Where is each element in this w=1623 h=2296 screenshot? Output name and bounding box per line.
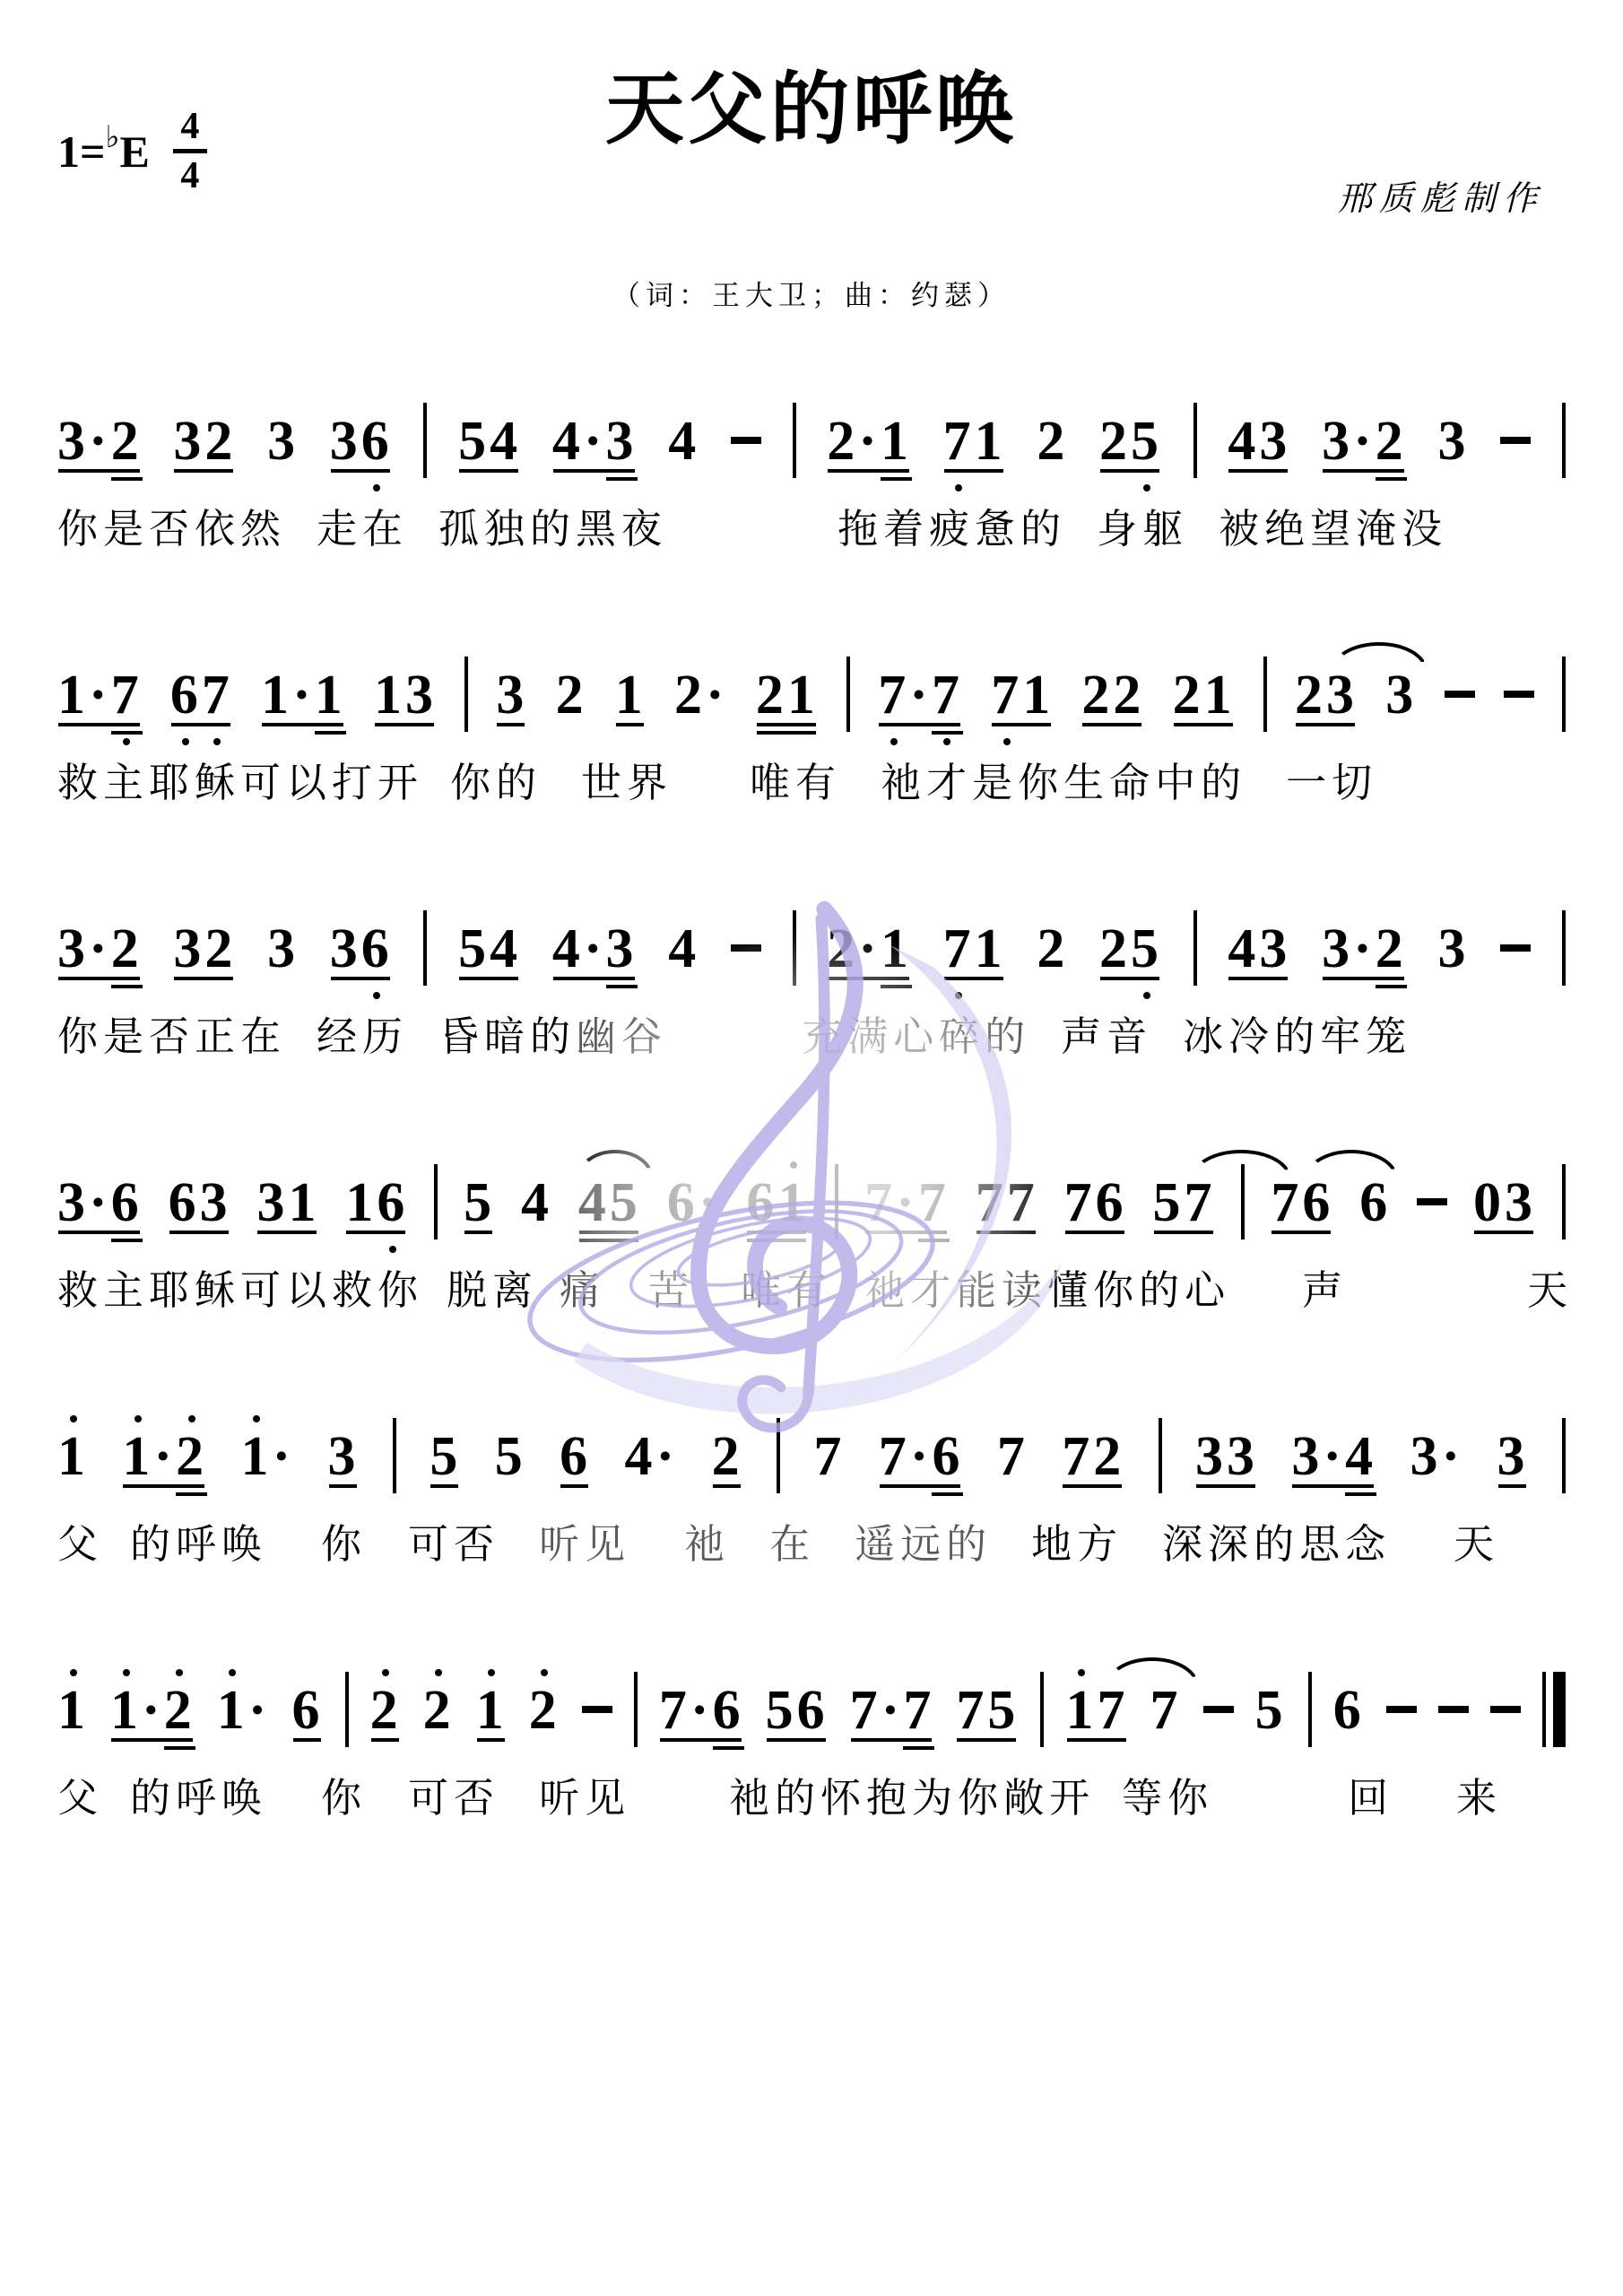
note-digit: 1 [217,1683,248,1738]
header-row: 1=♭E 4 4 邢质彪制作 [0,160,1623,267]
note-group: 7 [1150,1683,1182,1738]
lyric-segment: 父 [57,1765,103,1823]
note-group: 3 [328,1429,360,1484]
octave-dot-low [1003,738,1011,745]
notes-row: 1·7671·1133212·217·7712221233 [57,637,1566,723]
key-letter: E [120,126,150,178]
note-digit: 7 [976,1175,1007,1231]
note-digit: 1 [476,1683,508,1738]
lyric-segment: 的呼唤 [130,1511,267,1570]
lyrics-row: 父的呼唤你可否听见祂的怀抱为你敞开等你回来 [57,1765,1566,1823]
note-group: 3·2 [1322,921,1407,977]
note-digit: 2 [1113,667,1144,723]
octave-dot-high [1078,1669,1085,1676]
note-group: 61 [746,1175,809,1231]
note-group: 4·3 [552,413,638,469]
octave-dot-low [373,484,380,491]
eighth-underline [111,1738,193,1742]
note-digit: 7 [850,1683,881,1738]
note-digit: 1 [777,1175,809,1231]
note-group: 31 [256,1175,319,1231]
barline [1193,403,1197,478]
flat-icon: ♭ [106,119,120,155]
note-digit: 1 [615,667,647,723]
sixteenth-underline [713,1746,744,1750]
lyric-segment: 脱离 [447,1257,538,1316]
lyric-segment: 唯有 [750,750,841,808]
note-digit: 6 [361,413,393,469]
note-digit: 4 [668,413,699,469]
note-group: 03 [1473,1175,1536,1231]
dot-after: · [1353,413,1376,469]
dot-after: · [706,667,728,723]
note-digit: 2 [712,1429,743,1484]
eighth-underline [976,1231,1036,1234]
eighth-underline [464,1231,492,1234]
notes-row: 3·232336544·342·171225433·23 [57,383,1566,469]
note-digit: 2 [1099,921,1131,977]
note-digit: 3 [1410,1429,1441,1484]
dot-after: · [272,1429,294,1484]
note-digit: 6 [361,921,393,977]
note-group: 3 [267,413,299,469]
lyric-segment: 你是否依然 [57,496,286,554]
note-digit: 2 [1173,667,1204,723]
note-digit: 2 [1037,413,1068,469]
note-digit: 3 [1497,1429,1529,1484]
sixteenth-underline [1376,985,1407,988]
barline [1263,657,1267,732]
note-group: 43 [1228,413,1290,469]
note-digit: 1 [975,921,1006,977]
note-group: 6 [1359,1175,1391,1231]
note-group: 7 [997,1429,1028,1484]
eighth-underline [828,977,909,980]
note-group: 43 [1228,921,1290,977]
sixteenth-underline [881,477,912,481]
note-digit: 5 [987,1683,1019,1738]
note-digit: 6 [377,1175,408,1231]
note-digit: 1 [881,921,912,977]
note-digit: 7 [1062,1429,1093,1484]
note-group: 67 [170,667,233,723]
sixteenth-underline [111,731,143,735]
dot-after: · [858,413,881,469]
barline [423,403,427,478]
note-digit: 7 [943,413,975,469]
octave-dot-high [790,1161,797,1169]
note-digit: 5 [1131,921,1162,977]
note-digit: 7 [1064,1175,1096,1231]
lyric-segment: 你是否正在 [57,1004,286,1062]
note-digit: 6 [746,1175,777,1231]
note-digit: 7 [879,1429,910,1484]
note-digit: 7 [878,667,909,723]
note-digit: 2 [827,413,858,469]
sixteenth-underline [881,985,912,988]
note-group: 5 [464,1175,495,1231]
eighth-underline [371,1738,399,1742]
octave-dot-low [373,992,380,999]
lyric-segment: 痛 [560,1257,605,1316]
note-digit: 7 [991,667,1022,723]
eighth-underline [1474,1231,1533,1234]
note-group: 2 [423,1683,455,1738]
note-digit: 2 [1376,921,1407,977]
eighth-underline [257,1231,317,1234]
barline [1562,1164,1566,1239]
duration-dash [1500,437,1531,444]
eighth-underline [1498,1484,1526,1488]
note-digit: 1 [261,667,292,723]
note-digit: 3 [405,667,437,723]
note-group: 1· [240,1429,294,1484]
note-digit: 6 [667,1175,699,1231]
note-digit: 6 [170,667,202,723]
sixteenth-underline [176,1492,207,1496]
note-digit: 7 [918,1175,950,1231]
lyric-segment: 遥远的 [855,1511,992,1570]
barline [1040,1672,1044,1747]
note-group: 1 [57,1429,89,1484]
lyric-segment: 你 [321,1511,367,1570]
barline [423,910,427,986]
octave-dot-high [70,1669,77,1676]
note-digit: 4 [1345,1429,1376,1484]
note-digit: 3 [173,921,204,977]
note-digit: 3 [330,921,361,977]
note-digit: 2 [370,1683,402,1738]
note-digit: 1 [110,1683,142,1738]
music-line-1: 3·232336544·342·171225433·23你是否依然走在孤独的黑夜… [57,383,1566,554]
dot-after: · [142,1683,164,1738]
eighth-underline [560,1484,588,1488]
time-top: 4 [180,108,199,145]
note-group: 72 [1062,1429,1124,1484]
eighth-underline [879,723,960,726]
lyric-segment: 声 [1302,1257,1348,1316]
note-digit: 6 [713,1683,744,1738]
note-digit: 3 [1437,921,1469,977]
note-digit: 3 [200,1175,231,1231]
time-signature: 4 4 [173,108,207,195]
sixteenth-underline [606,477,638,481]
eighth-underline [851,1738,933,1742]
note-digit: 6 [797,1683,829,1738]
eighth-underline [1323,977,1404,980]
lyric-segment: 等你 [1122,1765,1213,1823]
note-digit: 4 [668,921,699,977]
note-digit: 3 [267,413,299,469]
note-group: 32 [173,921,236,977]
note-digit: 2 [111,413,143,469]
dot-after: · [1441,1429,1463,1484]
eighth-underline [828,469,909,473]
note-digit: 5 [430,1429,461,1484]
eighth-underline [459,977,518,980]
octave-dot-high [382,1669,389,1676]
note-digit: 3 [1227,1429,1258,1484]
note-digit: 2 [164,1683,195,1738]
barline [1562,403,1566,478]
barline [835,1164,838,1239]
note-digit: 6 [169,1175,200,1231]
note-digit: 2 [1099,413,1131,469]
note-group: 1·2 [110,1683,195,1738]
note-digit: 3 [1505,1175,1536,1231]
sixteenth-underline [747,1239,806,1242]
dot-after: · [153,1429,176,1484]
note-digit: 2 [1081,667,1113,723]
note-group: 3 [267,921,299,977]
note-group: 32 [173,413,236,469]
note-digit: 3 [1322,413,1353,469]
note-group: 3 [1497,1429,1529,1484]
lyric-segment: 的呼唤 [130,1765,267,1823]
note-digit: 7 [1098,1683,1129,1738]
note-group: 25 [1099,921,1162,977]
lyric-segment: 可否 [408,1765,499,1823]
eighth-underline [1174,723,1233,726]
note-group: 3 [1437,413,1469,469]
note-group: 77 [976,1175,1038,1231]
note-group: 76 [1064,1175,1127,1231]
note-digit: 7 [997,1429,1028,1484]
lyric-segment: 孤独的黑夜 [438,496,667,554]
eighth-underline [293,1738,321,1742]
barline [345,1672,349,1747]
note-group: 7·7 [878,667,963,723]
music-line-5: 11·21·35564·277·6772333·43·3父的呼唤你可否听见祂在遥… [57,1398,1566,1570]
lyrics-row: 救主耶稣可以救你脱离痛苦唯有祂才能读懂你的心声天 [57,1257,1566,1316]
note-group: 54 [458,921,521,977]
eighth-underline [767,1738,826,1742]
lyric-segment: 唯有 [741,1257,832,1316]
duration-dash [731,437,761,444]
note-digit: 3 [1437,413,1469,469]
eighth-underline [660,1738,742,1742]
note-digit: 4 [1228,921,1259,977]
note-digit: 1 [1066,1683,1098,1738]
eighth-underline [579,1231,638,1234]
note-group: 1·7 [57,667,143,723]
octave-dot-low [389,1246,396,1253]
note-group: 7·7 [850,1683,935,1738]
eighth-underline [865,1231,947,1234]
note-digit: 3 [57,921,89,977]
octave-dot-high [176,1669,183,1676]
note-group: 21 [756,667,819,723]
note-group: 7 [813,1429,845,1484]
octave-dot-low [213,738,221,745]
note-digit: 7 [659,1683,690,1738]
note-digit: 2 [204,413,236,469]
note-digit: 6 [1302,1175,1333,1231]
note-digit: 7 [813,1429,845,1484]
note-digit: 7 [864,1175,896,1231]
sixteenth-underline [606,985,638,988]
lyric-segment: 在 [769,1511,815,1570]
note-group: 3·2 [57,413,143,469]
key-prefix: 1= [57,126,106,178]
note-group: 2 [556,667,587,723]
note-digit: 1 [975,413,1006,469]
note-group: 71 [943,413,1006,469]
note-digit: 3 [1385,667,1417,723]
note-digit: 1 [374,667,405,723]
lyric-segment: 祂才能读 [864,1257,1047,1316]
eighth-underline [329,1484,357,1488]
lyric-segment: 救主耶稣可以打开 [57,750,423,808]
note-digit: 4 [490,921,521,977]
note-digit: 2 [1376,413,1407,469]
note-group: 36 [330,921,393,977]
eighth-underline [1154,1231,1213,1234]
note-group: 5 [1255,1683,1287,1738]
note-digit: 2 [674,667,706,723]
note-digit: 5 [610,1175,641,1231]
note-digit: 3 [330,413,361,469]
note-group: 2 [712,1429,743,1484]
note-digit: 1 [881,413,912,469]
note-digit: 7 [1150,1683,1182,1738]
note-digit: 4 [521,1175,552,1231]
barline [1562,1418,1566,1493]
sixteenth-underline [903,1746,934,1750]
lyric-segment: 父 [57,1511,103,1570]
note-digit: 3 [267,921,299,977]
note-group: 63 [169,1175,231,1231]
eighth-underline [346,1231,405,1234]
note-digit: 3 [256,1175,288,1231]
note-digit: 1 [240,1429,272,1484]
lyric-segment: 救主耶稣可以救你 [57,1257,423,1316]
dot-after: · [881,1683,904,1738]
note-digit: 6 [1333,1683,1365,1738]
note-digit: 3 [57,413,89,469]
sheet-music-page: 天父的呼唤 1=♭E 4 4 邢质彪制作 （词：王大卫；曲：约瑟） 3·2323… [0,0,1623,2296]
arranger-credit: 邢质彪制作 [1338,170,1544,220]
lyric-segment: 身躯 [1097,496,1188,554]
sixteenth-underline [111,477,143,481]
note-digit: 2 [111,921,143,977]
eighth-underline [1067,1738,1126,1742]
note-digit: 6 [932,1429,963,1484]
note-group: 4 [521,1175,552,1231]
note-digit: 1 [122,1429,153,1484]
dot-after: · [896,1175,918,1231]
note-digit: 1 [1022,667,1054,723]
note-group: 4·3 [552,921,638,977]
notes-row: 11·21·622127·6567·77517756 [57,1652,1566,1738]
note-group: 25 [1099,413,1162,469]
note-digit: 6 [292,1683,324,1738]
dot-after: · [89,667,111,723]
duration-dash [1438,1706,1469,1713]
note-digit: 3 [1259,413,1290,469]
note-group: 3· [1410,1429,1463,1484]
note-group: 6 [292,1683,324,1738]
note-group: 2 [1037,921,1068,977]
note-digit: 1 [315,667,346,723]
note-digit: 5 [495,1429,526,1484]
music-line-6: 11·21·622127·6567·77517756父的呼唤你可否听见祂的怀抱为… [57,1652,1566,1823]
octave-dot-high [541,1669,548,1676]
note-digit: 2 [1037,921,1068,977]
sixteenth-underline [111,1239,143,1242]
eighth-underline [880,1484,961,1488]
note-digit: 2 [556,667,587,723]
note-digit: 6 [560,1429,591,1484]
octave-dot-low [890,738,898,745]
note-group: 4 [668,921,699,977]
note-group: 1·2 [122,1429,207,1484]
note-digit: 7 [932,667,963,723]
barline [793,403,796,478]
note-digit: 4 [625,1429,656,1484]
lyric-segment: 懂你的心 [1047,1257,1230,1316]
note-digit: 5 [1153,1175,1185,1231]
note-group: 76 [1271,1175,1333,1231]
final-barline [1542,1672,1566,1747]
note-digit: 7 [202,667,233,723]
note-group: 3·2 [1322,413,1407,469]
eighth-underline [58,1231,140,1234]
eighth-underline [375,723,434,726]
lyric-segment: 声音 [1061,1004,1152,1062]
note-digit: 1 [787,667,819,723]
octave-dot-low [182,738,189,745]
note-group: 5 [495,1429,526,1484]
eighth-underline [123,1484,204,1488]
barline [1562,657,1566,732]
dot-after: · [656,1429,679,1484]
note-digit: 4 [1228,413,1259,469]
octave-dot-low [955,992,962,999]
note-group: 1 [476,1683,508,1738]
sixteenth-underline [757,731,816,735]
barline [1159,1418,1162,1493]
duration-dash [1417,1198,1447,1205]
note-digit: 2 [529,1683,560,1738]
octave-dot-high [135,1415,142,1422]
note-group: 4 [668,413,699,469]
note-group: 5 [430,1429,461,1484]
tie-arc [577,1150,654,1178]
eighth-underline [1196,1484,1255,1488]
note-group: 3·4 [1291,1429,1376,1484]
duration-dash [731,944,761,952]
dot-after: · [584,921,606,977]
eighth-underline [757,723,816,726]
octave-dot-low [955,484,962,491]
note-group: 17 [1066,1683,1129,1738]
note-digit: 7 [111,667,143,723]
barline [634,1672,638,1747]
note-digit: 3 [606,413,638,469]
eighth-underline [171,723,230,726]
octave-dot-low [1143,992,1150,999]
lyrics-row: 父的呼唤你可否听见祂在遥远的地方深深的思念天 [57,1511,1566,1570]
music-line-2: 1·7671·1133212·217·7712221233救主耶稣可以打开你的世… [57,637,1566,808]
eighth-underline [459,469,518,473]
note-group: 33 [1195,1429,1258,1484]
eighth-underline [553,469,635,473]
eighth-underline [58,723,140,726]
note-group: 3·2 [57,921,143,977]
barline [1308,1672,1312,1747]
note-group: 1 [615,667,647,723]
